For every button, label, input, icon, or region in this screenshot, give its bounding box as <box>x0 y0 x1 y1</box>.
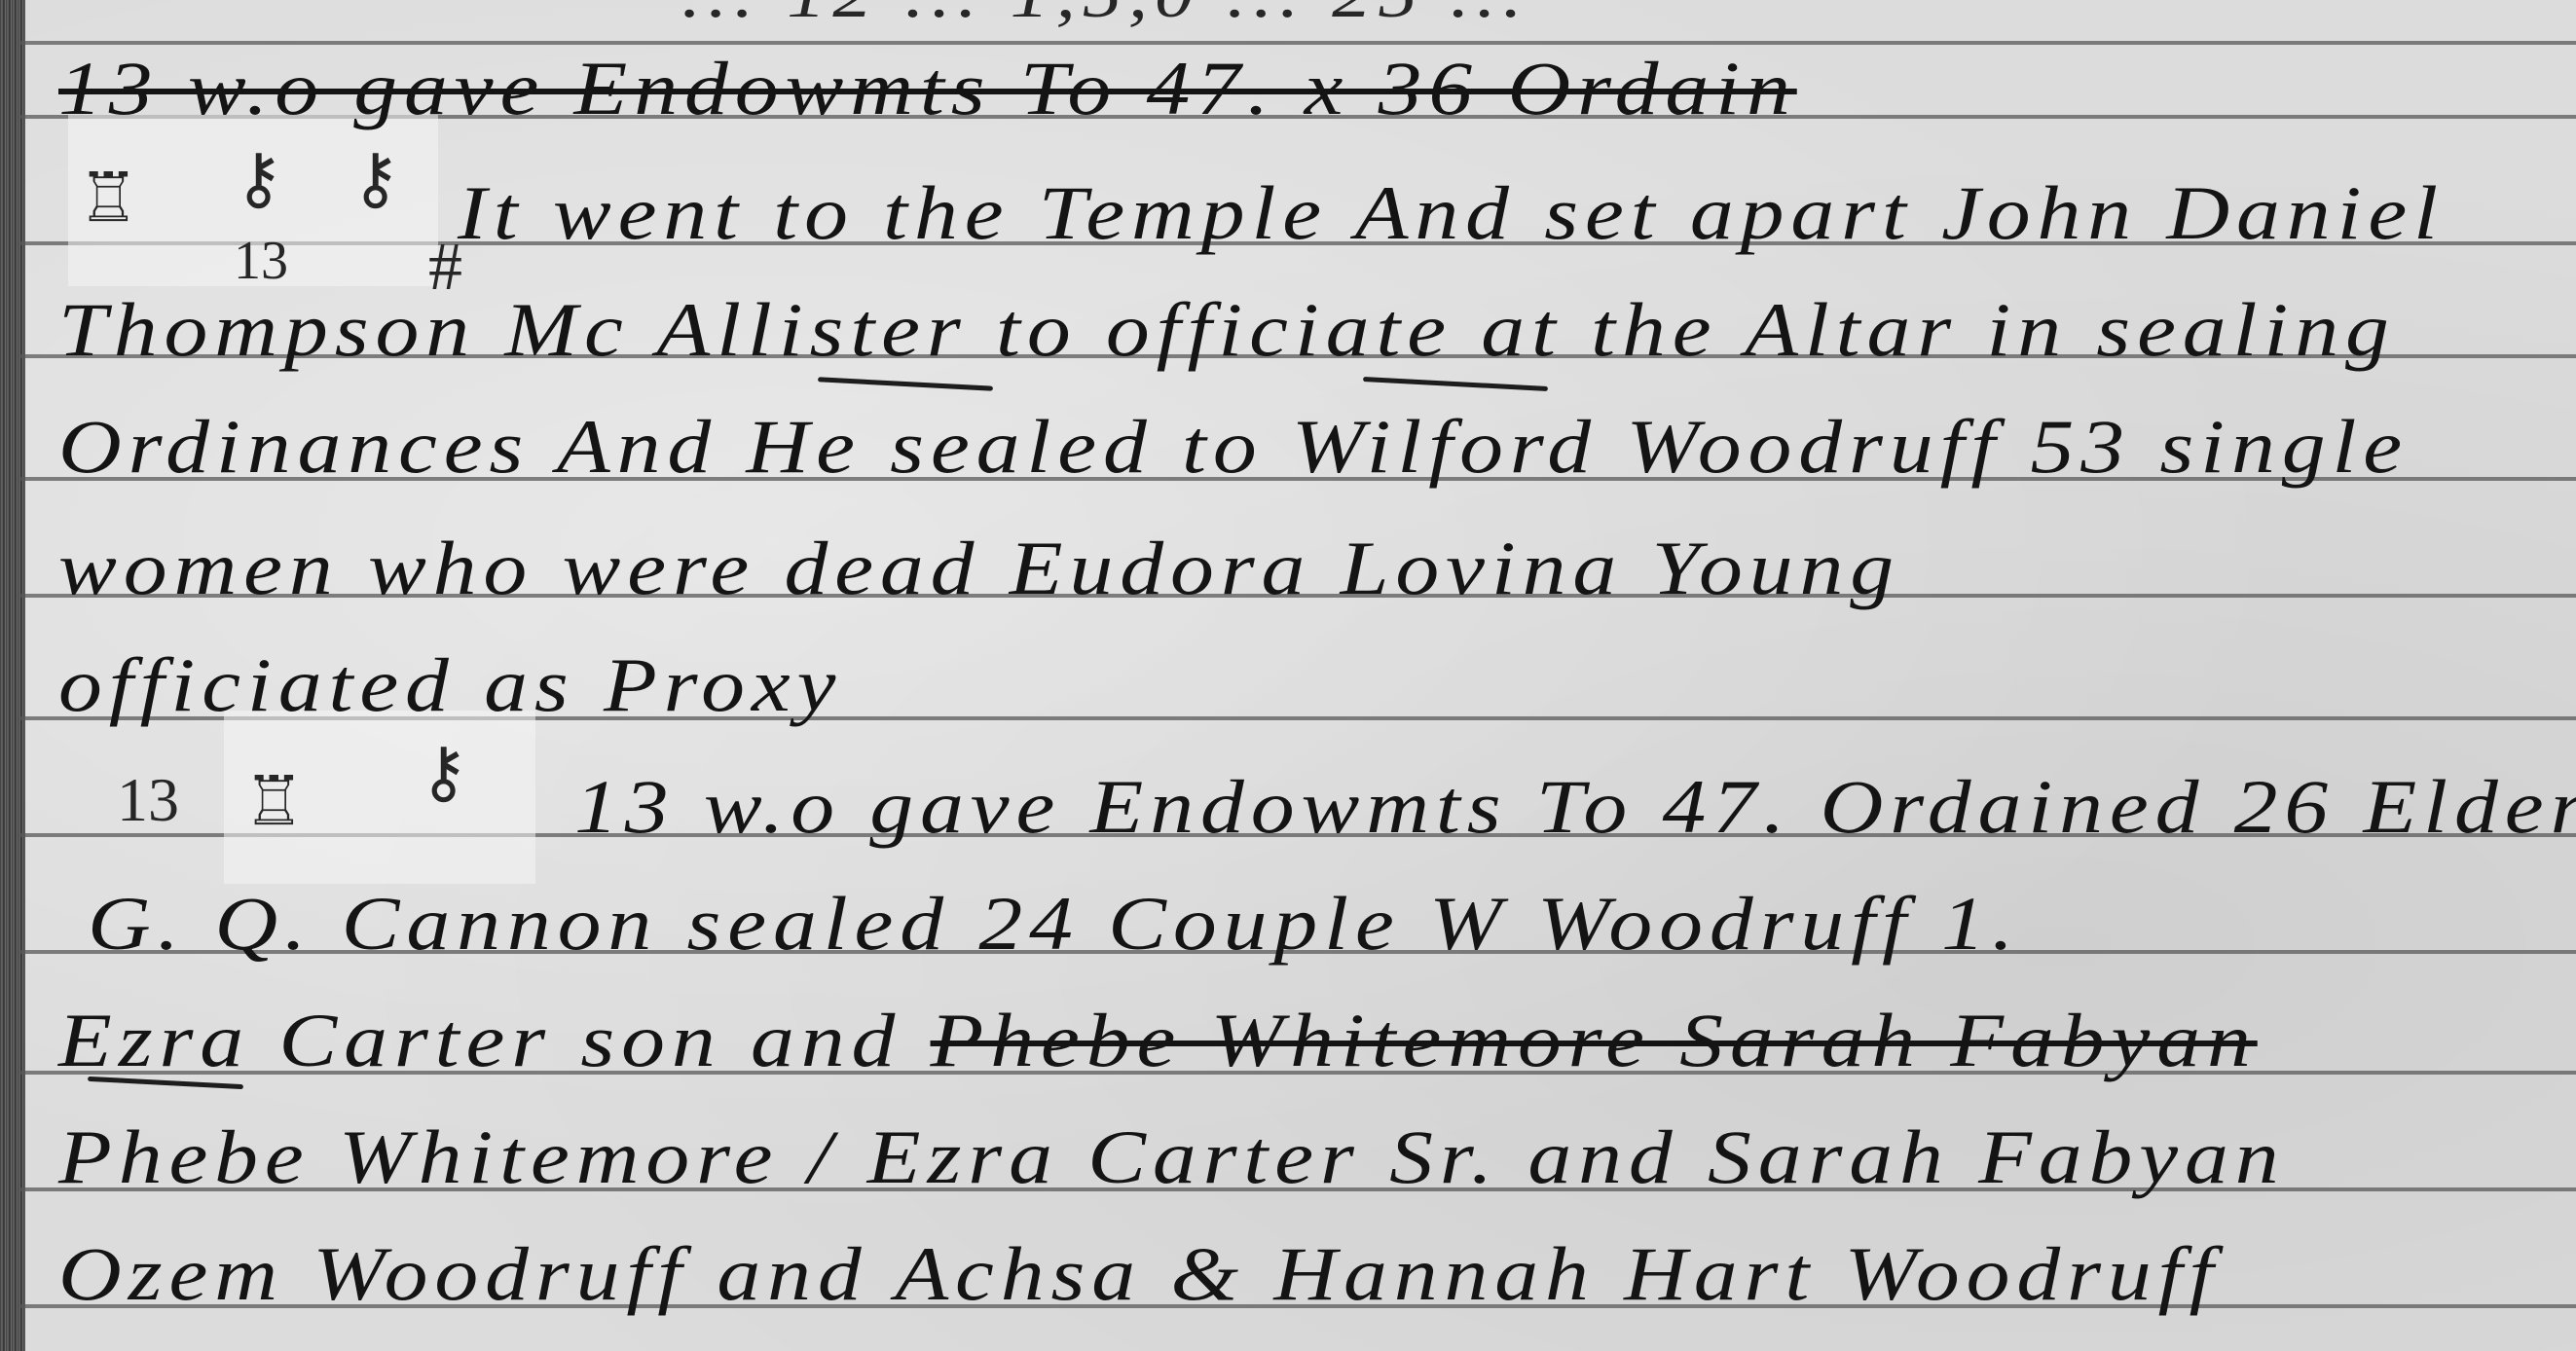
underline-mark <box>818 377 993 390</box>
journal-line-1: 13 w.o gave Endowmts To 47. x 36 Ordain <box>58 51 1797 127</box>
ruled-line <box>19 41 2576 45</box>
key-symbol-icon: ⚷ <box>419 740 468 808</box>
journal-line-2: It went to the Temple And set apart John… <box>458 175 2445 251</box>
journal-line-7: 13 w.o gave Endowmts To 47. Ordained 26 … <box>574 769 2576 845</box>
journal-line-8: G. Q. Cannon sealed 24 Couple W Woodruff… <box>88 886 2020 962</box>
journal-line-3: Thompson Mc Allister to officiate at the… <box>58 292 2396 368</box>
key-symbol-icon: ⚷ <box>234 146 283 214</box>
journal-line-4: Ordinances And He sealed to Wilford Wood… <box>58 409 2409 485</box>
journal-line-9-text: Ezra Carter son and <box>58 998 902 1082</box>
journal-line-6: officiated as Proxy <box>58 647 842 723</box>
journal-line-5: women who were dead Eudora Lovina Young <box>58 530 1900 606</box>
journal-line-9: Ezra Carter son and Phebe Whitemore Sara… <box>58 1003 2258 1078</box>
margin-number: 13 <box>234 234 288 288</box>
chair-symbol-icon: ♖ <box>243 769 305 837</box>
chair-symbol-icon: ♖ <box>78 165 139 234</box>
page-binding-edge <box>0 0 25 1351</box>
margin-number: 13 <box>117 769 179 831</box>
journal-line-10: Phebe Whitemore / Ezra Carter Sr. and Sa… <box>58 1119 2285 1195</box>
journal-line-11: Ozem Woodruff and Achsa & Hannah Hart Wo… <box>58 1236 2220 1312</box>
underline-mark <box>1363 377 1548 391</box>
journal-page: ... 12 ... 1,5,0 ... 25 ... 13 w.o gave … <box>0 0 2576 1351</box>
journal-line-9-struck: Phebe Whitemore Sarah Fabyan <box>931 998 2258 1082</box>
key-symbol-icon: ⚷ <box>350 146 400 214</box>
partial-top-line: ... 12 ... 1,5,0 ... 25 ... <box>681 0 1529 29</box>
